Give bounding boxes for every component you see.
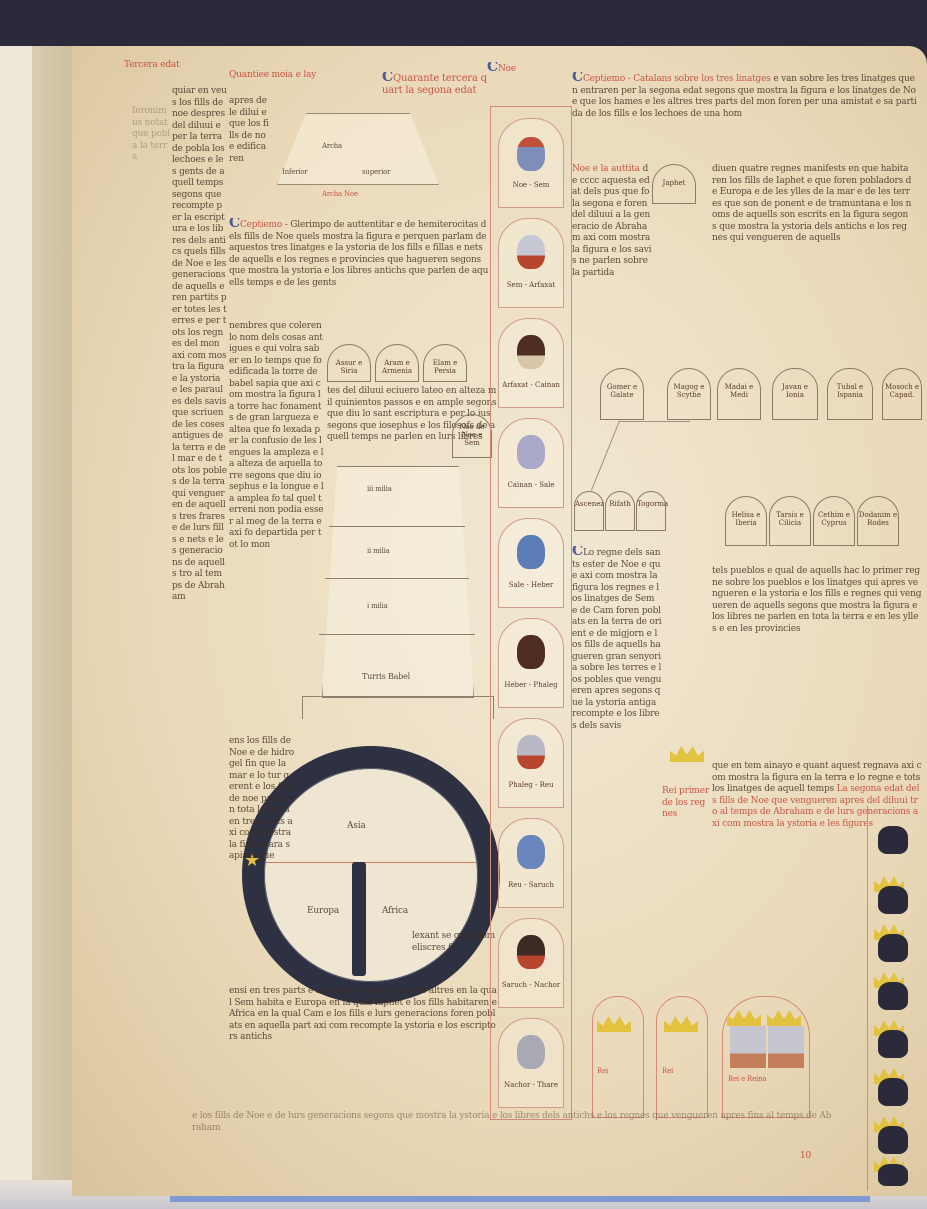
king-portrait [878, 1126, 908, 1154]
right-middle-column: CLo regne dels sants ester de Noe e que … [572, 546, 662, 1006]
royal-label: Rei [662, 1066, 706, 1106]
crown-icon [670, 746, 704, 762]
margin-notes: Ieronimus notat que pobla la terra [132, 106, 170, 606]
tree-roundel: Madai e Medi [717, 368, 761, 420]
initial-c: C [229, 218, 240, 231]
portrait [517, 435, 545, 469]
rubric-text: Ceptiemo [240, 220, 282, 230]
portrait-label: Noe - Sem [499, 181, 563, 189]
genealogy-column: Noe - Sem Sem - Arfaxat Arfaxat - Cainan… [492, 118, 568, 1118]
japhet-family-tree: Gomer e Galate Magog e Scythe Madai e Me… [572, 366, 927, 546]
portrait [517, 735, 545, 769]
page-edge [32, 46, 72, 1186]
tree-roundel: Togorma [636, 491, 666, 531]
small-crown-roundel [668, 736, 708, 776]
ark-caption: Archa Noe [322, 189, 402, 199]
tower-of-babel: iii milia ii milia i milia Turris Babel [307, 466, 487, 726]
king-portrait [878, 982, 908, 1010]
tree-roundel: Ascenez [574, 491, 604, 531]
tower-floor-line [329, 526, 465, 527]
tower-floor-line [325, 578, 469, 579]
portrait-roundel: Arfaxat - Cainan [498, 318, 564, 408]
bottom-paragraph: ensi en tres parts e asia que es major q… [229, 986, 499, 1106]
portrait-label: Saruch - Nachor [499, 981, 563, 989]
portrait-roundel: Heber - Phaleg [498, 618, 564, 708]
royal-label: Rei [597, 1066, 641, 1106]
king-portrait [878, 826, 908, 854]
portrait-label: Sale - Heber [499, 581, 563, 589]
initial-c: C [382, 72, 393, 85]
book-board [0, 46, 32, 1186]
portrait-label: Sem - Arfaxat [499, 281, 563, 289]
initial-c: C [572, 72, 583, 85]
ark-diagram: Archa Inferior superior Archa Noe [262, 101, 452, 196]
rubric-text: Quantiee moia e lay [229, 70, 316, 80]
king-portrait [878, 1030, 908, 1058]
portrait [517, 935, 545, 969]
roundel: Assur e Siria [327, 344, 371, 382]
rubric-text: Noe [498, 64, 516, 74]
tree-roundel: Dodanim e Rodes [857, 496, 899, 546]
tree-roundel: Cethim e Cyprus [813, 496, 855, 546]
text-fragment: apres de le dilui e que los fills de noe… [229, 96, 269, 226]
royal-roundels-bottom: Rei Rei Rei e Reina [592, 996, 852, 1116]
portrait [517, 235, 545, 269]
tree-roundel: Tubal e Ispania [827, 368, 873, 420]
portrait [517, 835, 545, 869]
top-left-rubric: Tercera edat [124, 60, 194, 80]
portrait [517, 335, 545, 369]
genealogy-rubric: CNoe [487, 62, 547, 76]
crown-roundel-text: Rei primer de los regnes [662, 786, 710, 906]
backdrop [0, 0, 927, 46]
tree-branch [620, 421, 690, 422]
tower-base [302, 696, 494, 719]
portrait-roundel: Sem - Arfaxat [498, 218, 564, 308]
folio-number: 10 [800, 1151, 820, 1163]
margin-text-column: quiar en veus los fills de noe despres d… [172, 86, 227, 1086]
portrait-roundel: Nachor - Thare [498, 1018, 564, 1108]
roundel: Aram e Armenia [375, 344, 419, 382]
portrait-label: Heber - Phaleg [499, 681, 563, 689]
tree-roundel: Magog e Scythe [667, 368, 711, 420]
continent-label-europa: Europa [307, 906, 357, 918]
main-paragraph: CCeptiemo - Glerimpo de auttentitar e de… [229, 218, 489, 318]
tree-roundel: Mosoch e Capad. [882, 368, 922, 420]
tower-roundel: Noe de Noe e Sem [452, 414, 492, 458]
tower-caption: Turris Babel [362, 671, 452, 681]
portrait-label: Cainan - Sale [499, 481, 563, 489]
portrait-roundel: Cainan - Sale [498, 418, 564, 508]
continent-label-asia: Asia [347, 821, 407, 833]
portrait [517, 1035, 545, 1069]
tree-roundel: Javan e Ionia [772, 368, 818, 420]
portrait-label: Nachor - Thare [499, 1081, 563, 1089]
manuscript-page: Tercera edat Quantiee moia e lay CQuaran… [72, 46, 927, 1196]
right-top-text: CCeptiemo - Catalans sobre los tres lina… [572, 72, 917, 142]
tower-floor-label: iii milia [367, 484, 447, 494]
map-horizon-line [266, 862, 476, 863]
tree-roundel: Gomer e Galate [600, 368, 644, 420]
king-portrait [878, 934, 908, 962]
ark-label: Inferior [282, 167, 342, 177]
tree-roundel: Helisa e Iberia [725, 496, 767, 546]
portrait-roundel: Sale - Heber [498, 518, 564, 608]
king-portrait [878, 1164, 908, 1186]
ark-label: superior [362, 167, 422, 177]
mediterranean-sea [352, 862, 366, 976]
initial-c: C [572, 546, 583, 559]
right-middle-text: tels pueblos e qual de aquells hac lo pr… [712, 566, 922, 756]
portrait-label: Phaleg - Reu [499, 781, 563, 789]
tower-floor-line [319, 634, 475, 635]
portrait-label: Arfaxat - Cainan [499, 381, 563, 389]
right-text-block: diuen quatre regnes manifests en que hab… [712, 164, 912, 364]
tree-roundel: Tarsis e Cilicia [769, 496, 811, 546]
king-portrait [730, 1026, 766, 1068]
portrait-roundel: Phaleg - Reu [498, 718, 564, 808]
royal-label: Rei e Reina [728, 1074, 806, 1114]
rubric-text: Ceptiemo - Catalans sobre los tres linat… [583, 74, 771, 84]
faded-footer-text: e los fills de Noe e de lurs generacions… [192, 1111, 832, 1161]
portrait [517, 535, 545, 569]
tree-roundel: Rifath [605, 491, 635, 531]
king-portrait [878, 886, 908, 914]
blue-edge [170, 1196, 870, 1202]
portrait-roundel: Noe - Sem [498, 118, 564, 208]
tower-shape [322, 466, 474, 698]
rubric-text: Noe e la auttita [572, 164, 640, 174]
left-column-rubric: Quantiee moia e lay [229, 70, 369, 86]
portrait-label: Reu - Saruch [499, 881, 563, 889]
king-portrait [878, 1078, 908, 1106]
japhet-roundel: Japhet [652, 164, 696, 204]
rubric-text: Quarante tercera quart la segona edat [382, 73, 487, 96]
ark-label: Archa [322, 141, 382, 151]
side-kings-column [867, 806, 916, 1191]
tree-branch [591, 421, 620, 491]
tower-floor-label: ii milia [367, 546, 447, 556]
right-text-column: Noe e la auttita de cccc aquesta edat de… [572, 164, 652, 364]
portrait-roundel: Reu - Saruch [498, 818, 564, 908]
map-side-text-right: lexant se gui quom eliscres fo [412, 931, 497, 981]
queen-portrait [768, 1026, 804, 1068]
tower-floor-label: i milia [367, 601, 447, 611]
roundel: Elam e Persia [423, 344, 467, 382]
continent-label-africa: Africa [382, 906, 432, 918]
portrait-crowned [517, 137, 545, 171]
portrait [517, 635, 545, 669]
portrait-roundel: Saruch - Nachor [498, 918, 564, 1008]
initial-c: C [487, 62, 498, 75]
